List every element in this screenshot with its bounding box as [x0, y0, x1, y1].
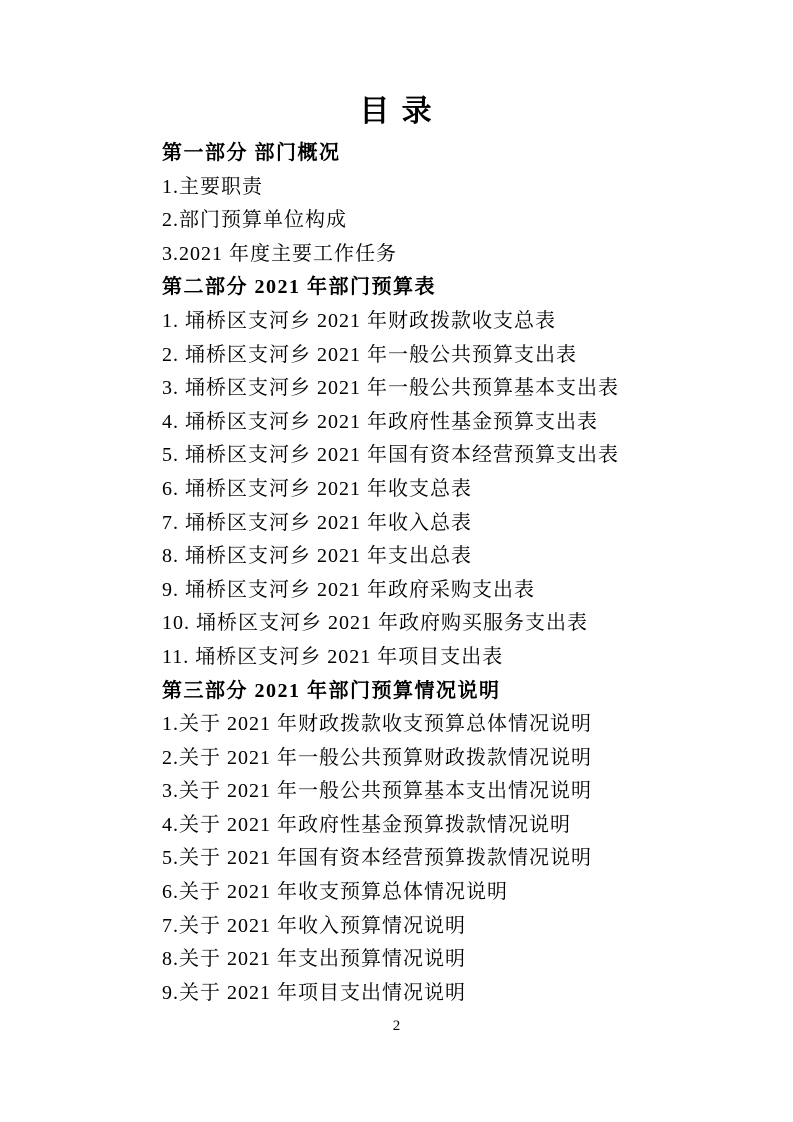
document-page: 目 录 第一部分 部门概况 1.主要职责 2.部门预算单位构成 3.2021 年…: [0, 0, 793, 1122]
toc-item: 1. 埇桥区支河乡 2021 年财政拨款收支总表: [162, 305, 683, 339]
toc-item: 2.关于 2021 年一般公共预算财政拨款情况说明: [162, 742, 683, 776]
toc-item: 9.关于 2021 年项目支出情况说明: [162, 977, 683, 1011]
toc-item: 2. 埇桥区支河乡 2021 年一般公共预算支出表: [162, 339, 683, 373]
toc-section-3-heading: 第三部分 2021 年部门预算情况说明: [162, 675, 683, 709]
toc-item: 1.主要职责: [162, 171, 683, 205]
toc-item: 6.关于 2021 年收支预算总体情况说明: [162, 876, 683, 910]
toc-section-2: 第二部分 2021 年部门预算表 1. 埇桥区支河乡 2021 年财政拨款收支总…: [162, 271, 683, 674]
toc-section-1: 第一部分 部门概况 1.主要职责 2.部门预算单位构成 3.2021 年度主要工…: [162, 137, 683, 271]
toc-item: 3.2021 年度主要工作任务: [162, 238, 683, 272]
page-number: 2: [0, 1018, 793, 1035]
toc-section-2-heading: 第二部分 2021 年部门预算表: [162, 271, 683, 305]
toc-section-3: 第三部分 2021 年部门预算情况说明 1.关于 2021 年财政拨款收支预算总…: [162, 675, 683, 1011]
toc-item: 9. 埇桥区支河乡 2021 年政府采购支出表: [162, 574, 683, 608]
toc-item: 10. 埇桥区支河乡 2021 年政府购买服务支出表: [162, 607, 683, 641]
toc-item: 1.关于 2021 年财政拨款收支预算总体情况说明: [162, 708, 683, 742]
toc-item: 4.关于 2021 年政府性基金预算拨款情况说明: [162, 809, 683, 843]
toc-item: 5. 埇桥区支河乡 2021 年国有资本经营预算支出表: [162, 439, 683, 473]
toc-item: 2.部门预算单位构成: [162, 204, 683, 238]
toc-item: 4. 埇桥区支河乡 2021 年政府性基金预算支出表: [162, 406, 683, 440]
toc-item: 8. 埇桥区支河乡 2021 年支出总表: [162, 540, 683, 574]
toc-section-1-heading: 第一部分 部门概况: [162, 137, 683, 171]
toc-item: 3.关于 2021 年一般公共预算基本支出情况说明: [162, 775, 683, 809]
page-title: 目 录: [0, 0, 793, 137]
toc-item: 5.关于 2021 年国有资本经营预算拨款情况说明: [162, 842, 683, 876]
toc-item: 3. 埇桥区支河乡 2021 年一般公共预算基本支出表: [162, 372, 683, 406]
toc-item: 7.关于 2021 年收入预算情况说明: [162, 910, 683, 944]
toc-item: 8.关于 2021 年支出预算情况说明: [162, 943, 683, 977]
toc-item: 7. 埇桥区支河乡 2021 年收入总表: [162, 507, 683, 541]
toc-item: 11. 埇桥区支河乡 2021 年项目支出表: [162, 641, 683, 675]
table-of-contents: 第一部分 部门概况 1.主要职责 2.部门预算单位构成 3.2021 年度主要工…: [0, 137, 793, 1010]
toc-item: 6. 埇桥区支河乡 2021 年收支总表: [162, 473, 683, 507]
